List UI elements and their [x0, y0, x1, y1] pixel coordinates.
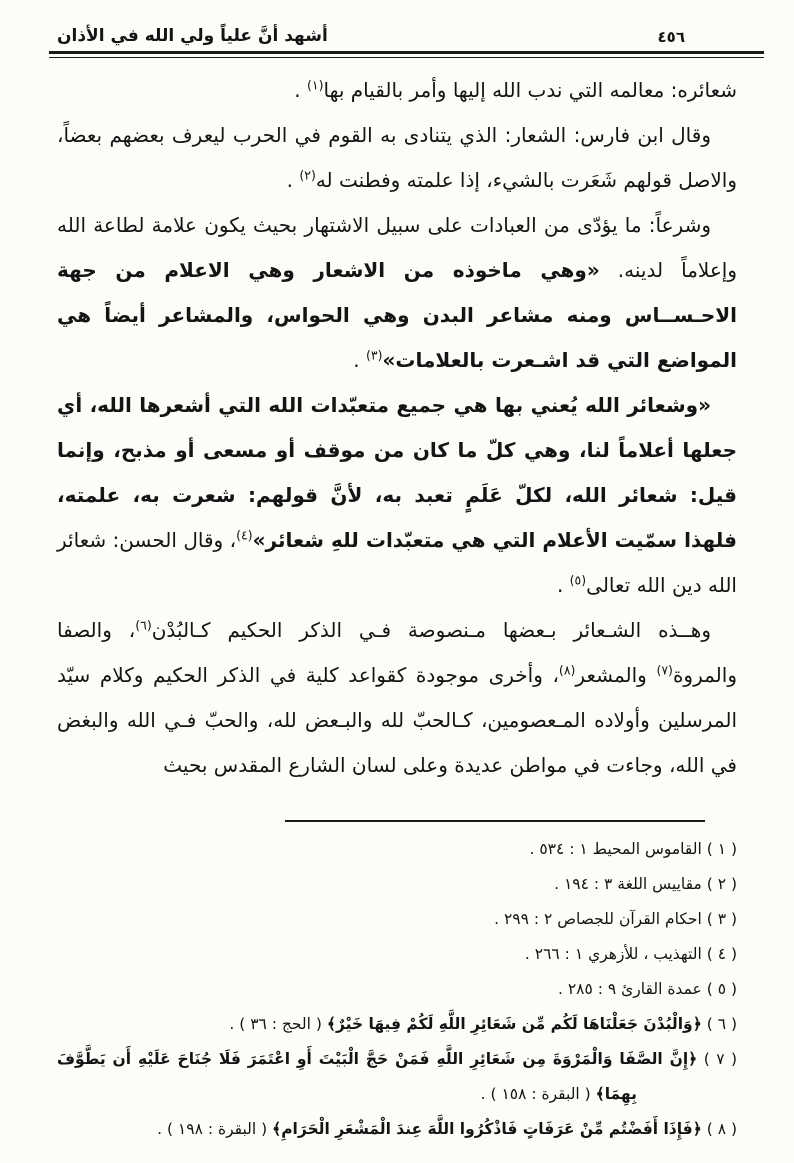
footnote-marker: ( ٦ ) [702, 1015, 737, 1033]
text-run: بِهِمَا﴾ [596, 1085, 637, 1103]
text-run: احكام القرآن للجصاص ٢ : ٢٩٩ . [494, 910, 702, 928]
footnote-ref: (١) [307, 77, 324, 92]
footnote-line: ( ٢ ) مقاييس اللغة ٣ : ١٩٤ . [57, 867, 737, 902]
text-run: عمدة القارئ ٩ : ٢٨٥ . [558, 980, 702, 998]
text-run: ﴿إِنَّ الصَّفَا وَالْمَرْوَةَ مِن شَعَائ… [57, 1050, 697, 1068]
footnote-line: ( ٧ ) ﴿إِنَّ الصَّفَا وَالْمَرْوَةَ مِن … [57, 1042, 737, 1077]
body-text: شعائره: معالمه التي ندب الله إليها وأمر … [57, 68, 737, 788]
text-run: ﴿وَالْبُدْنَ جَعَلْنَاهَا لَكُم مِّن شَع… [327, 1015, 702, 1033]
body-paragraph: وقال ابن فارس: الشعار: الذي يتنادى به ال… [57, 113, 737, 203]
text-run: ( الحج : ٣٦ ) . [229, 1015, 327, 1033]
body-paragraph: وهــذه الشـعائر بـعضها مـنصوصة فـي الذكر… [57, 608, 737, 788]
book-page: ٤٥٦ أشهد أنَّ علياً ولي الله في الأذان ش… [0, 0, 794, 1163]
footnote-line: ( ٦ ) ﴿وَالْبُدْنَ جَعَلْنَاهَا لَكُم مِ… [57, 1007, 737, 1042]
footnote-list: ( ١ ) القاموس المحيط ١ : ٥٣٤ .( ٢ ) مقاي… [57, 832, 737, 1147]
footnote-ref: (٧) [656, 662, 673, 677]
footnote-ref: (٨) [559, 662, 576, 677]
text-run: ( البقرة : ١٩٨ ) . [157, 1120, 272, 1138]
footnote-line: ( ٣ ) احكام القرآن للجصاص ٢ : ٢٩٩ . [57, 902, 737, 937]
running-title: أشهد أنَّ علياً ولي الله في الأذان [57, 26, 328, 46]
text-run: . [287, 168, 300, 192]
body-paragraph: وشرعاً: ما يؤدّى من العبادات على سبيل ال… [57, 203, 737, 383]
footnote-separator [285, 820, 705, 822]
header-rule [49, 51, 764, 58]
footnote-marker: ( ٤ ) [702, 945, 737, 963]
footnote-marker: ( ١ ) [702, 840, 737, 858]
text-run: التهذيب ، للأزهري ١ : ٢٦٦ . [525, 945, 702, 963]
footnote-line: ( ١ ) القاموس المحيط ١ : ٥٣٤ . [57, 832, 737, 867]
text-run: ﴿فَإِذَا أَفَضْتُم مِّنْ عَرَفَاتٍ فَاذْ… [272, 1120, 702, 1138]
body-paragraph: شعائره: معالمه التي ندب الله إليها وأمر … [57, 68, 737, 113]
footnote-marker: ( ٣ ) [702, 910, 737, 928]
text-run: ( البقرة : ١٥٨ ) . [481, 1085, 596, 1103]
footnote-marker: ( ٧ ) [697, 1050, 737, 1068]
text-run: القاموس المحيط ١ : ٥٣٤ . [529, 840, 701, 858]
footnote-ref: (٢) [299, 167, 316, 182]
text-run: مقاييس اللغة ٣ : ١٩٤ . [554, 875, 702, 893]
page-number: ٤٥٦ [658, 28, 685, 46]
text-run: والمشعر [575, 663, 656, 687]
footnote-ref: (٤) [236, 527, 253, 542]
footnote-marker: ( ٥ ) [702, 980, 737, 998]
text-run: . [557, 573, 570, 597]
text-run: . [294, 78, 307, 102]
footnote-ref: (٥) [570, 572, 587, 587]
text-run: . [353, 348, 366, 372]
footnote-marker: ( ٨ ) [702, 1120, 737, 1138]
text-run: شعائره: معالمه التي ندب الله إليها وأمر … [324, 78, 737, 102]
text-run: وهــذه الشـعائر بـعضها مـنصوصة فـي الذكر… [152, 618, 711, 642]
footnote-line: ( ٨ ) ﴿فَإِذَا أَفَضْتُم مِّنْ عَرَفَاتٍ… [57, 1112, 737, 1147]
footnote-marker: ( ٢ ) [702, 875, 737, 893]
text-run: وقال ابن فارس: الشعار: الذي يتنادى به ال… [57, 123, 737, 192]
footnote-ref: (٦) [135, 617, 152, 632]
footnote-line: ( ٤ ) التهذيب ، للأزهري ١ : ٢٦٦ . [57, 937, 737, 972]
page-header: ٤٥٦ أشهد أنَّ علياً ولي الله في الأذان [57, 26, 737, 46]
footnote-line: بِهِمَا﴾ ( البقرة : ١٥٨ ) . [57, 1077, 737, 1112]
footnote-ref: (٣) [366, 347, 383, 362]
body-paragraph: «وشعائر الله يُعني بها هي جميع متعبّدات … [57, 383, 737, 608]
footnote-line: ( ٥ ) عمدة القارئ ٩ : ٢٨٥ . [57, 972, 737, 1007]
